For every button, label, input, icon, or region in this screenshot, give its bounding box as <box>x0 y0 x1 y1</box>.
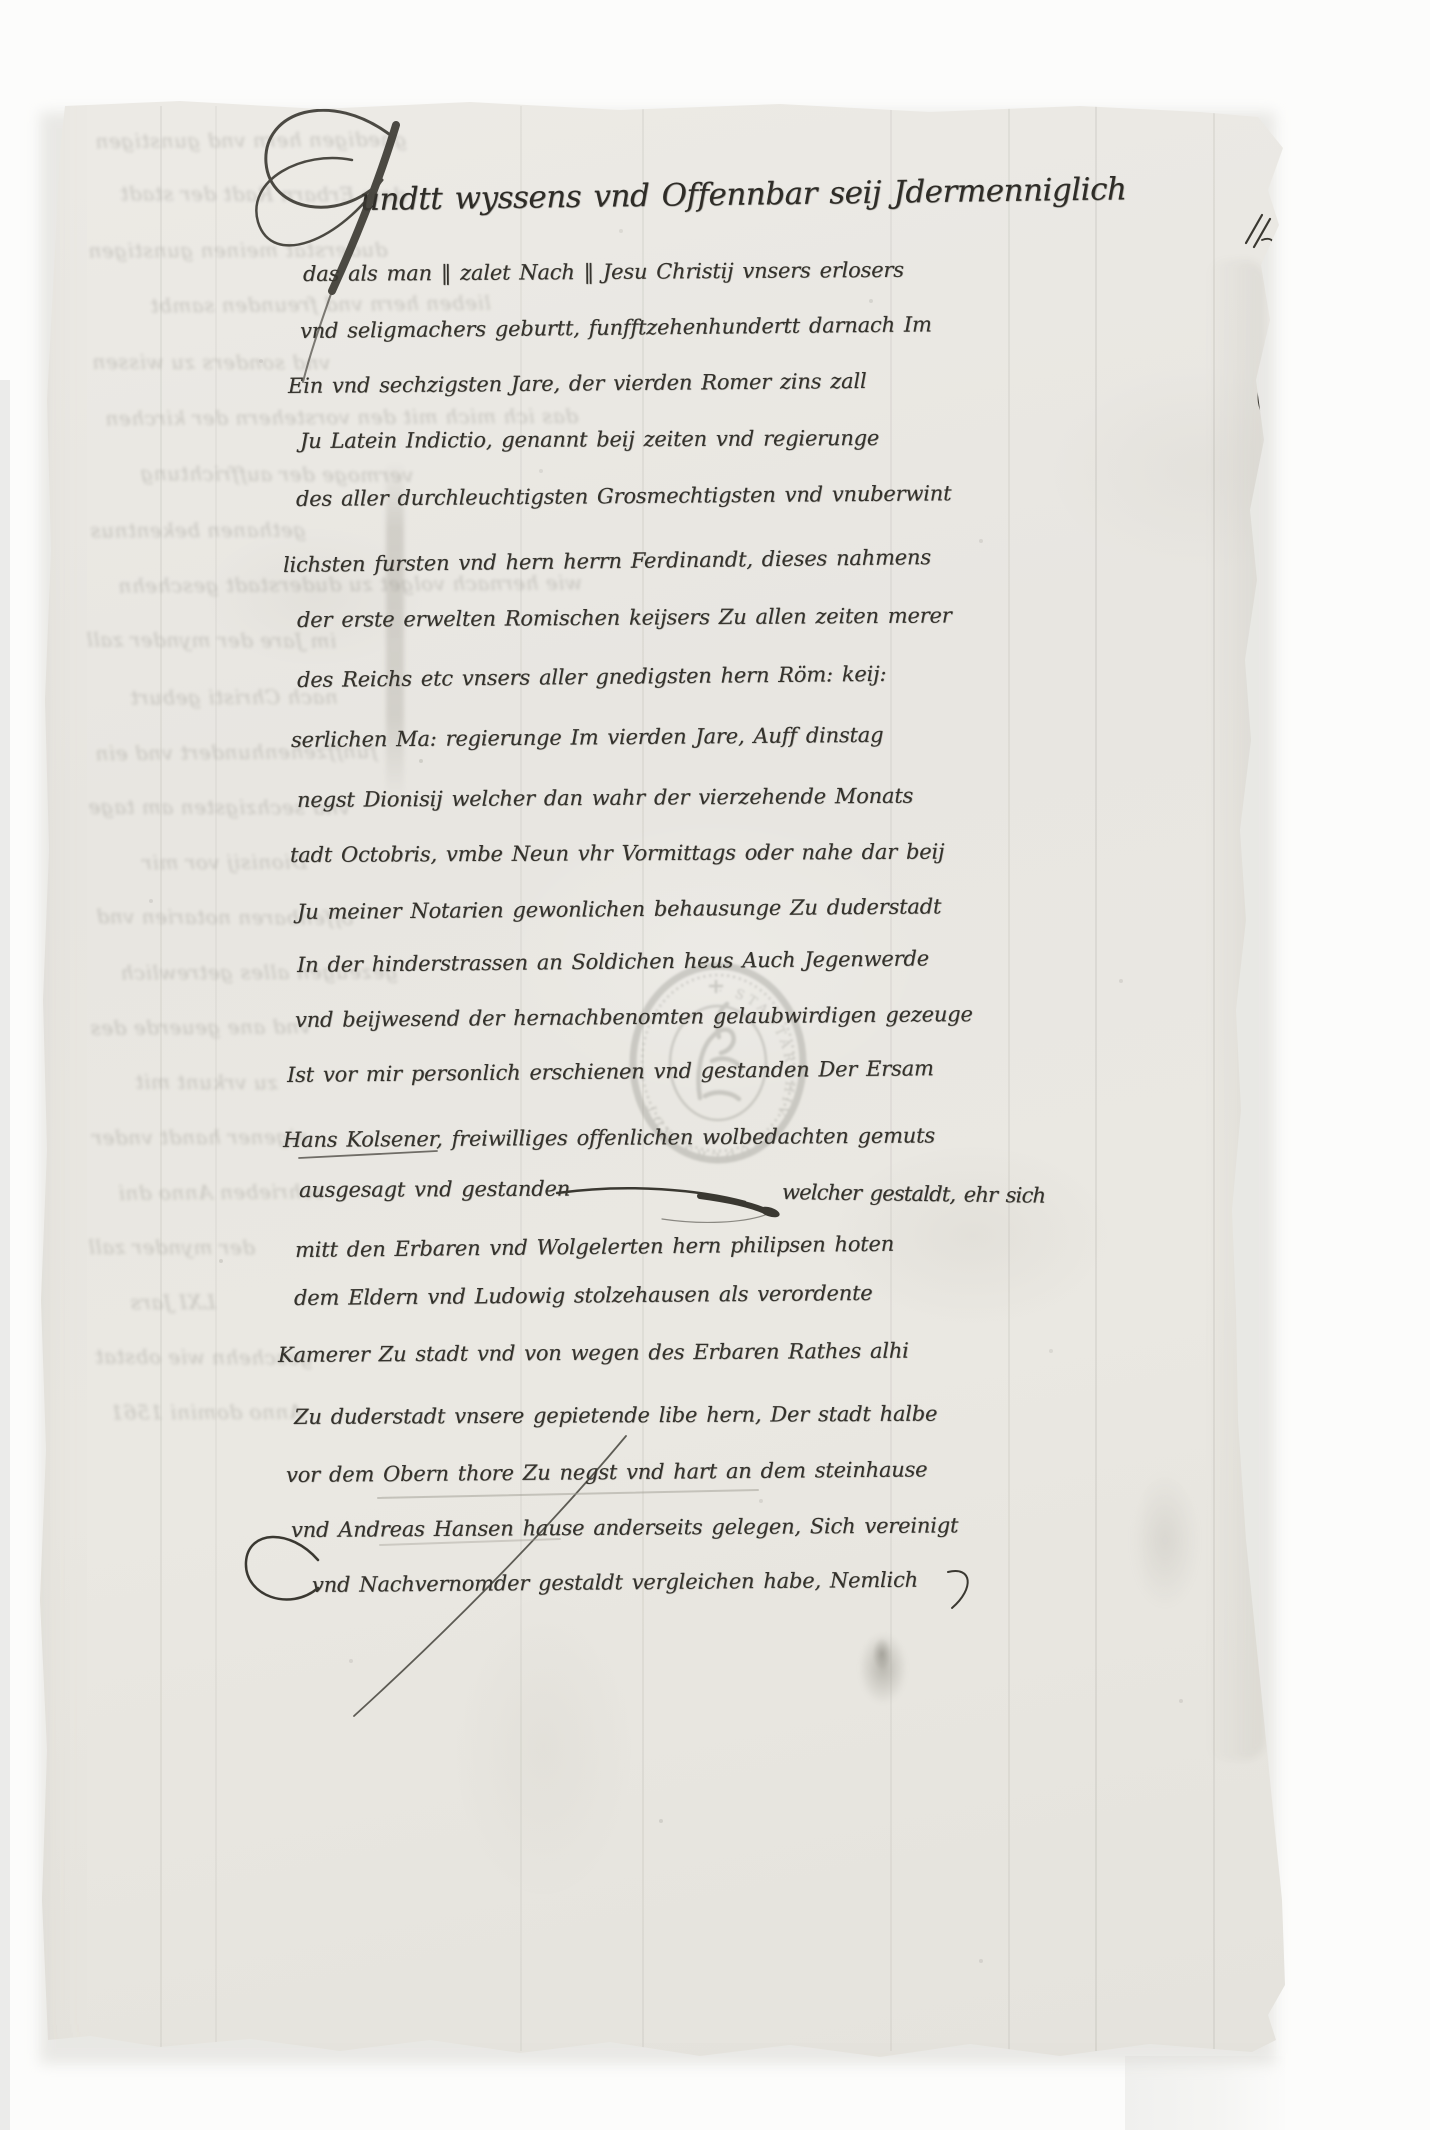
bleedthrough-line: zu vrkunt mit <box>135 1070 278 1095</box>
text-line: vnd Andreas Hansen hause anderseits gele… <box>291 1513 958 1542</box>
fold-crease <box>1213 106 1215 2051</box>
flourish-dash <box>557 1188 781 1222</box>
gray-stain <box>1120 1450 1210 1630</box>
fold-crease <box>1095 106 1097 2051</box>
bleedthrough-line: gnedigen hern vnd gunstigen <box>95 127 407 153</box>
bleedthrough-line: schrieben Anno dni <box>118 1179 324 1205</box>
text-line: In der hinderstrassen an Soldichen heus … <box>297 946 929 977</box>
text-line: ausgesagt vnd gestanden <box>299 1177 570 1202</box>
ink-stain <box>852 1622 914 1714</box>
text-line: tadt Octobris, vmbe Neun vhr Vormittags … <box>290 840 944 867</box>
text-line: Ist vor mir personlich erschienen vnd ge… <box>287 1056 934 1087</box>
final-word-flourish <box>948 1571 968 1608</box>
bleedthrough-line: LXI Jars <box>130 1290 216 1314</box>
text-line: des Reichs etc vnsers aller gnedigsten h… <box>297 662 887 692</box>
text-line: Kamerer Zu stadt vnd von wegen des Erbar… <box>278 1339 909 1367</box>
scanner-shadow-band <box>1125 2056 1285 2130</box>
bleedthrough-line: vnd ane geuerde des <box>90 1014 311 1040</box>
text-line: des aller durchleuchtigsten Grosmechtigs… <box>296 481 951 511</box>
scan-background: gnedigen hern vnd gunstigen dem Erbarn R… <box>0 0 1430 2130</box>
scanner-edge-strip <box>0 380 10 2130</box>
text-line: Ju Latein Indictio, genannt beij zeiten … <box>300 426 879 453</box>
ink-stain-core <box>870 1634 894 1674</box>
bleedthrough-line: das ich mich mit den vorstehern der kirc… <box>105 404 578 430</box>
text-line: Hans Kolsener, freiwilliges offenlichen … <box>283 1123 935 1152</box>
bleedthrough-line: lieben hern vnd freunden sambt <box>150 291 491 318</box>
bleedthrough-line: vermoge der auffrichtung <box>140 461 414 487</box>
text-line: vnd beijwesend der hernachbenomten gelau… <box>295 1002 973 1032</box>
background-specks <box>25 13 35 18</box>
text-line: negst Dionisij welcher dan wahr der vier… <box>297 784 913 812</box>
last-line-loop-flourish <box>246 1537 318 1600</box>
text-line: vor dem Obern thore Zu negst vnd hart an… <box>286 1457 928 1487</box>
text-line: Ein vnd sechzigsten Jare, der vierden Ro… <box>288 369 867 398</box>
fold-crease <box>1008 106 1010 2051</box>
bleedthrough-line: der mynder zall <box>88 1235 255 1260</box>
manuscript-page: gnedigen hern vnd gunstigen dem Erbarn R… <box>0 0 1430 2130</box>
bleedthrough-line: Dionisij vor mir <box>142 850 307 875</box>
text-line: dem Eldern vnd Ludowig stolzehausen als … <box>294 1281 873 1310</box>
text-line: lichsten fursten vnd hern herrn Ferdinan… <box>283 545 931 577</box>
text-line: vnd Nachvernomder gestaldt vergleichen h… <box>312 1568 918 1597</box>
bleedthrough-line: gethanen bekentnus <box>90 518 306 543</box>
text-line: Zu duderstadt vnsere gepietende libe her… <box>294 1402 937 1429</box>
text-line: vnd seligmachers geburtt, funfftzehenhun… <box>300 312 932 343</box>
pencil-line <box>378 1490 758 1498</box>
bleedthrough-line: Anno domini 1561 <box>110 1400 303 1425</box>
name-underline <box>299 1151 437 1158</box>
bleedthrough-line: duderstat meinen gunstigen <box>88 237 388 262</box>
bleedthrough-line: vnd sonders zu wissen <box>92 350 330 375</box>
header-line: undtt wyssens vnd Offennbar seij Jdermen… <box>360 171 1127 218</box>
bleedthrough-line: eigener handt vnder <box>92 1125 308 1150</box>
text-line: mitt den Erbaren vnd Wolgelerten hern ph… <box>295 1232 894 1262</box>
text-line: serlichen Ma: regierunge Im vierden Jare… <box>291 723 883 752</box>
text-line: Ju meiner Notarien gewonlichen behausung… <box>297 894 941 924</box>
text-line: das als man ‖ zalet Nach ‖ Jesu Christij… <box>303 258 904 286</box>
text-line: der erste erwelten Romischen keijsers Zu… <box>297 603 952 632</box>
margin-mark-top <box>1246 215 1273 250</box>
text-line: welcher gestaldt, ehr sich <box>782 1180 1046 1208</box>
paper-specks <box>0 0 2 2</box>
